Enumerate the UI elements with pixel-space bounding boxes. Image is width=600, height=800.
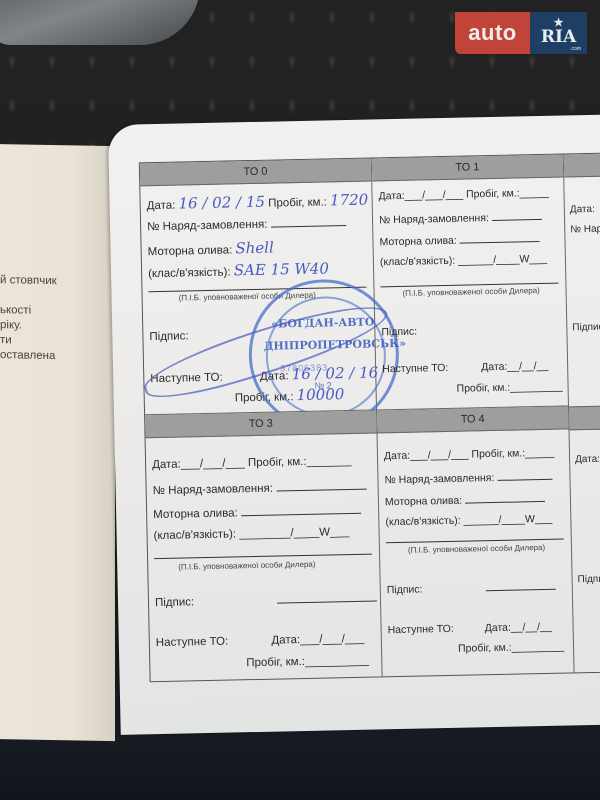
left-text-line: й стовпчик [0, 274, 57, 287]
service-form: ТО 0 Дата: 16 / 02 / 15 Пробіг, км.: 172… [139, 152, 600, 682]
logo-auto: auto [455, 12, 530, 54]
cell-title: ТО 3 [145, 410, 376, 438]
logo-com: .com [570, 46, 581, 52]
service-cell-to3: ТО 3 Дата:___/___/___ Пробіг, км.:______… [145, 410, 383, 681]
logo-ria-text: RIA [541, 27, 576, 47]
signature-row: Підпис: [149, 330, 188, 343]
service-cell-to1: ТО 1 Дата:___/___/___ Пробіг, км.:_____ … [372, 154, 569, 410]
service-cell-to0: ТО 0 Дата: 16 / 02 / 15 Пробіг, км.: 172… [140, 158, 377, 415]
service-book-page: ТО 0 Дата: 16 / 02 / 15 Пробіг, км.: 172… [108, 114, 600, 735]
mileage-value: 1720 [330, 191, 369, 210]
star-icon: ★ [554, 18, 564, 27]
logo-ria: ★ RIA .com [530, 12, 587, 54]
left-text-line: ькості [0, 304, 31, 317]
left-text-line: оставлена [0, 349, 55, 362]
autoria-watermark: auto ★ RIA .com [455, 12, 587, 54]
cell-title: ТО 0 [140, 159, 371, 187]
left-text-line: ріку. [0, 319, 22, 331]
left-page: й стовпчик ькості ріку. ти оставлена [0, 144, 115, 741]
oil-class-value: SAE 15 W40 [234, 259, 330, 279]
cell-title: ТО 4 [377, 406, 568, 433]
left-text-line: ти [0, 334, 12, 346]
service-cell-to4: ТО 4 Дата:___/___/___ Пробіг, км.:_____ … [377, 406, 575, 676]
cell-title: ТО 1 [372, 154, 563, 181]
date-value: 16 / 02 / 15 [178, 193, 265, 213]
oil-class-row: (клас/в'язкість): SAE 15 W40 [148, 259, 329, 281]
order-row: № Наряд-замовлення: [147, 215, 346, 233]
oil-row: Моторна олива: Shell [147, 239, 274, 260]
oil-value: Shell [235, 239, 274, 258]
date-row: Дата: 16 / 02 / 15 Пробіг, км.: 1720 [146, 191, 368, 214]
